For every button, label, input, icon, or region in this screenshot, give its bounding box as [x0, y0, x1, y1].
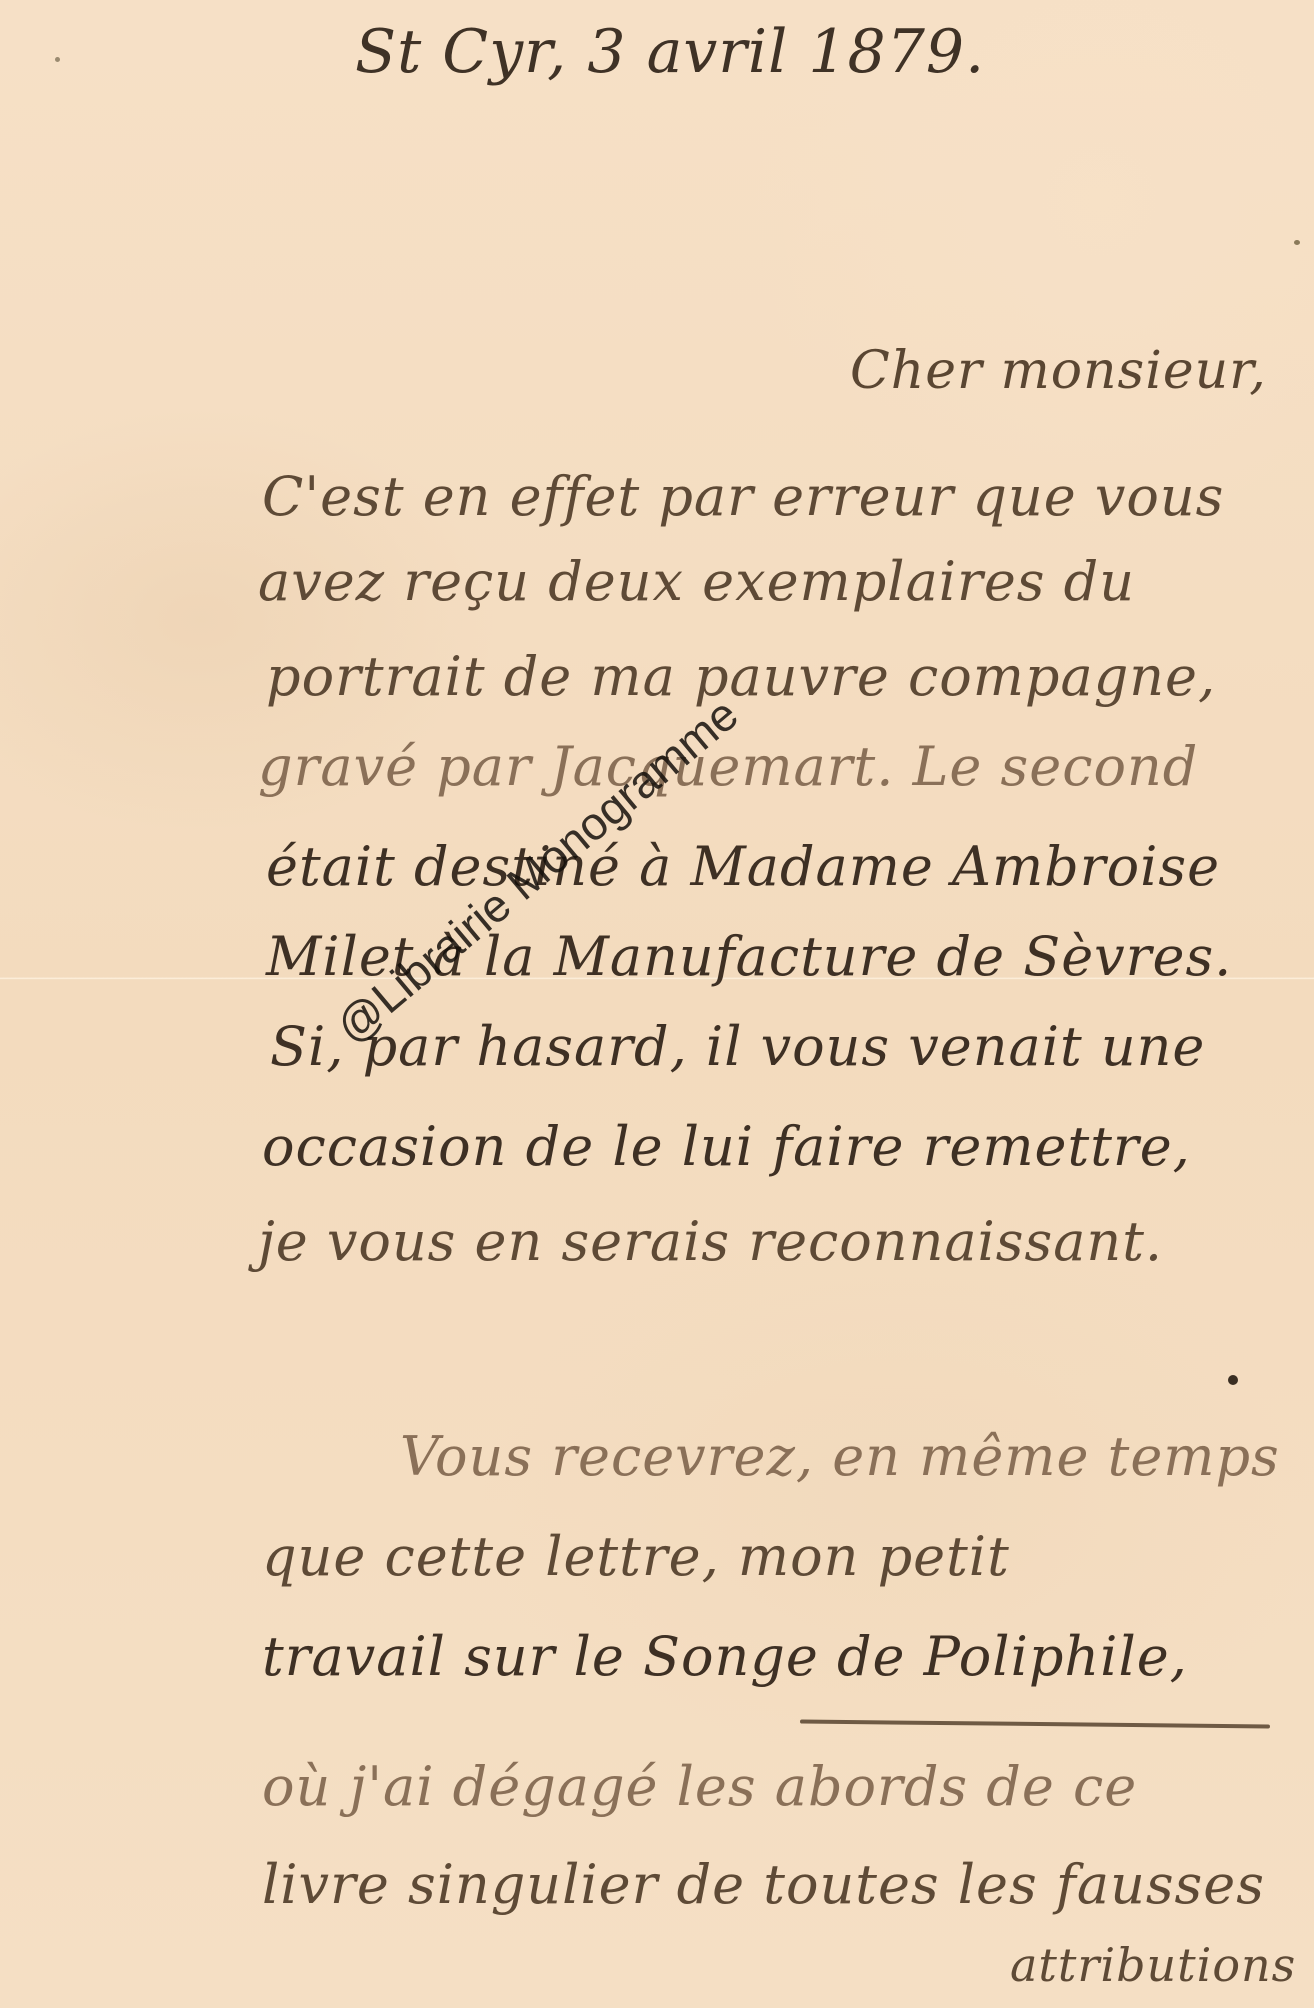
letter-line: Milet à la Manufacture de Sèvres.	[266, 930, 1232, 984]
letter-line: C'est en effet par erreur que vous	[262, 470, 1224, 524]
salutation: Cher monsieur,	[850, 345, 1267, 397]
letter-line: que cette lettre, mon petit	[262, 1530, 1010, 1584]
letter-line: je vous en serais reconnaissant.	[258, 1215, 1163, 1269]
paper-speck	[55, 57, 60, 62]
dateline: St Cyr, 3 avril 1879.	[355, 22, 985, 82]
letter-line: livre singulier de toutes les fausses	[262, 1858, 1265, 1912]
letter-line: gravé par Jacquemart. Le second	[258, 740, 1198, 794]
letter-line: Si, par hasard, il vous venait une	[270, 1020, 1205, 1074]
letter-line: avez reçu deux exemplaires du	[258, 555, 1135, 609]
letter-line: occasion de le lui faire remettre,	[262, 1120, 1191, 1174]
letter-line: travail sur le Songe de Poliphile,	[262, 1630, 1188, 1684]
underline-songe-de-poliphile	[800, 1720, 1270, 1729]
letter-line-paragraph-start: Vous recevrez, en même temps	[400, 1430, 1280, 1484]
letter-line-catchword: attributions	[1010, 1942, 1296, 1988]
letter-page: St Cyr, 3 avril 1879. Cher monsieur, C'e…	[0, 0, 1314, 2008]
letter-line: où j'ai dégagé les abords de ce	[262, 1760, 1137, 1814]
ink-dot	[1228, 1375, 1238, 1385]
paper-speck	[1294, 240, 1300, 245]
letter-line: portrait de ma pauvre compagne,	[266, 650, 1216, 704]
letter-line: était destiné à Madame Ambroise	[266, 840, 1220, 894]
